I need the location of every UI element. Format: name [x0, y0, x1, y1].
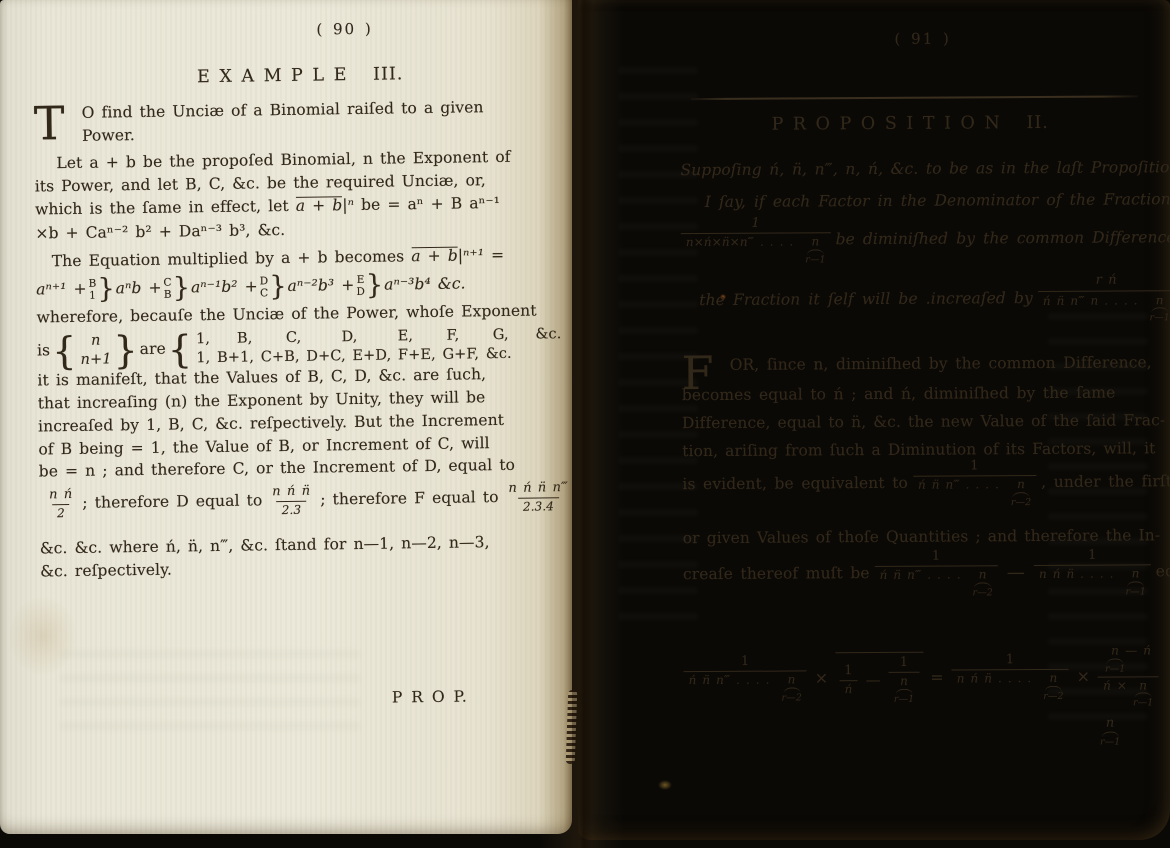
line: O find the Unciæ of a Binomial raiſed to…	[82, 98, 484, 123]
text-run: ; therefore F equal to	[320, 488, 499, 510]
exponent: |ⁿ	[342, 196, 354, 214]
eq-term: aⁿ⁻²b³ +	[287, 276, 354, 296]
text-run: the Fraction it ſelf will be .increaſed …	[699, 289, 1033, 310]
text-run: , under the firſt	[1041, 472, 1170, 492]
stacked-pair: ED	[356, 274, 365, 298]
line: or given Values of thoſe Quantities ; an…	[683, 526, 1161, 548]
brace-icon: {	[168, 333, 193, 366]
fraction: n ń n̈ n‴2.3.4	[503, 481, 572, 514]
eq-term: aⁿ⁻³b⁴ &c.	[384, 275, 466, 296]
brace-icon: }	[97, 277, 115, 302]
fraction: 1 ń n̈ n‴ . . . . nr—2	[913, 459, 1036, 508]
line: Let a + b be the propoſed Binomial, n th…	[56, 148, 510, 174]
minus-sign: —	[866, 671, 881, 690]
text-run: be diminiſhed by the common Difference,	[835, 228, 1170, 249]
line: wherefore, becauſe the Unciæ of the Powe…	[36, 301, 536, 327]
arc-term: nr—1	[1100, 717, 1121, 747]
line-with-fraction: is evident, be equivalent to 1 ń n̈ n‴ .…	[682, 460, 1170, 507]
arc-term: nr—2	[972, 568, 993, 597]
eq-term: aⁿ⁺¹ +	[36, 280, 87, 300]
line: increaſed by 1, B, C, &c. reſpectively. …	[38, 411, 504, 437]
text-run: which is the ſame in effect, let	[35, 197, 296, 219]
increments-fraction-line: n ń2 ; therefore D equal to n ń n̈2.3 ; …	[39, 479, 572, 523]
arc-term: nr—1	[805, 235, 826, 264]
brace-icon: }	[269, 275, 287, 300]
line-italic: I ſay, if each Factor in the Denominator…	[705, 190, 1170, 212]
stacked-pair: B1	[88, 278, 96, 302]
overlined-group: 1ń — 1nr—1	[835, 652, 923, 705]
line: becomes equal to ń ; and ń, diminiſhed b…	[682, 384, 1116, 406]
brace-icon: }	[366, 273, 384, 298]
proposition-heading: P R O P O S I T I O N II.	[710, 113, 1110, 137]
page-90: ( 90 ) E X A M P L E III. T O find the U…	[0, 0, 572, 834]
fraction: 1 ń n̈ n‴ . . . . nr—2	[874, 549, 997, 598]
line-italic: Suppoſing ń, n̈, n‴, n, ń, &c. to be as …	[680, 158, 1170, 181]
arc-term: nr—1	[1125, 567, 1146, 596]
times-sign: ×	[815, 668, 829, 688]
line-with-vinculum: which is the ſame in effect, let a + b|ⁿ…	[35, 194, 500, 220]
fraction: 1 n×ń×n̈×n‴ . . . . nr—1	[681, 216, 831, 265]
line: that increaſing (n) the Exponent by Unit…	[38, 388, 486, 414]
arc-term: nr—2	[1043, 672, 1064, 701]
fraction: 1 n ń n̈ . . . . nr—2	[952, 653, 1069, 702]
text-run: creaſe thereof muſt be	[683, 564, 870, 585]
eq-term: aⁿ⁻¹b² +	[191, 278, 258, 298]
minus-sign: —	[1007, 562, 1025, 585]
text-run: equal to	[1156, 562, 1170, 582]
line: &c. reſpectively.	[40, 561, 172, 582]
folio-left: ( 90 )	[244, 19, 444, 41]
unciae-equation-line: aⁿ⁺¹ + B1} aⁿb + CB} aⁿ⁻¹b² + DC} aⁿ⁻²b³…	[36, 269, 466, 305]
dropcap-T: T	[34, 103, 65, 145]
brace-icon: }	[173, 276, 191, 301]
section-rule	[691, 95, 1138, 100]
brace-icon: {	[52, 335, 77, 368]
exponent: |ⁿ⁺¹	[458, 246, 485, 264]
line: its Power, and let B, C, &c. be the requ…	[35, 171, 486, 197]
line-with-fractions: creaſe thereof muſt be 1 ń n̈ n‴ . . . .…	[683, 548, 1170, 599]
line: Power.	[82, 126, 135, 146]
fraction: 1ń	[839, 664, 858, 696]
line: OR, ſince n, diminiſhed by the common Di…	[730, 353, 1152, 375]
arc-term: nr—1	[894, 675, 915, 704]
arc-term: nr—2	[781, 674, 802, 703]
line-with-fraction: 1 n×ń×n̈×n‴ . . . . nr—1 be diminiſhed b…	[681, 216, 1170, 263]
fraction: nr—1 — ń ń × nr—1	[1098, 645, 1159, 709]
page-90-content: ( 90 ) E X A M P L E III. T O find the U…	[0, 0, 572, 834]
catchword-prop: P R O P.	[392, 687, 468, 707]
page-91: ( 91 ) P R O P O S I T I O N II. Suppoſi…	[578, 0, 1170, 840]
brace-icon: }	[113, 334, 138, 367]
stacked-pair: DC	[260, 275, 269, 299]
eq-term: aⁿb +	[116, 279, 162, 299]
vinculum-a-plus-b: a + b	[411, 247, 458, 265]
vinculum-a-plus-b: a + b	[296, 196, 343, 214]
line-with-fraction: the Fraction it ſelf will be .increaſed …	[699, 276, 1170, 323]
fraction: 1 ń n̈ n‴ . . . . nr—2	[683, 654, 806, 703]
line: &c. &c. where ń, n̈, n‴, &c. ſtand for n…	[40, 533, 490, 559]
stacked-pair: CB	[163, 277, 171, 301]
text-run: be = aⁿ + B aⁿ⁻¹	[354, 194, 500, 214]
catchword-arc-term: nr—1	[1100, 717, 1121, 747]
stacked-pair: nn+1	[80, 332, 112, 370]
text-run: ; therefore D equal to	[82, 492, 262, 514]
line: of B being = 1, the Value of B, or Incre…	[38, 434, 490, 460]
arc-term: nr—1	[1133, 679, 1154, 708]
line-with-vinculum: The Equation multiplied by a + b becomes…	[52, 246, 505, 272]
text-run: are	[140, 340, 166, 360]
folio-right: ( 91 )	[823, 29, 1023, 49]
equals-sign: =	[930, 668, 944, 688]
fraction: r ń ń n̈ n‴ n . . . . nr—1	[1038, 273, 1170, 323]
fraction: n ń2	[44, 488, 78, 520]
line: Difference, equal to n̈, &c. the new Val…	[682, 411, 1165, 433]
text-run: is evident, be equivalent to	[682, 474, 908, 495]
text-run: The Equation multiplied by a + b becomes	[52, 247, 412, 270]
fraction: 1 n ń n̈ . . . . nr—1	[1034, 548, 1151, 597]
text-run: is	[37, 342, 50, 362]
arc-term: nr—1	[1105, 645, 1126, 674]
arc-term: nr—1	[1149, 294, 1170, 323]
times-sign: ×	[1076, 667, 1090, 687]
fraction: 1nr—1	[889, 656, 920, 705]
unciae-rows: 1, B, C, D, E, F, G, &c.1, B+1, C+B, D+C…	[196, 325, 562, 368]
line: ×b + Caⁿ⁻² b² + Daⁿ⁻³ b³, &c.	[35, 221, 285, 244]
text-run: =	[484, 246, 504, 264]
page-91-content: ( 91 ) P R O P O S I T I O N II. Suppoſi…	[578, 0, 1170, 840]
line: be = n ; and therefore C, or the Increme…	[39, 456, 516, 482]
arc-term: nr—2	[1011, 478, 1032, 507]
binding-thread	[566, 690, 578, 764]
display-equation: 1 ń n̈ n‴ . . . . nr—2 × 1ń — 1nr—1 = 1 …	[683, 646, 1170, 709]
example-heading: E X A M P L E III.	[100, 63, 500, 90]
fraction: n ń n̈2.3	[267, 485, 315, 518]
line: tion, ariſing from ſuch a Diminution of …	[682, 439, 1155, 461]
book-scan: ( 90 ) E X A M P L E III. T O find the U…	[0, 0, 1170, 848]
